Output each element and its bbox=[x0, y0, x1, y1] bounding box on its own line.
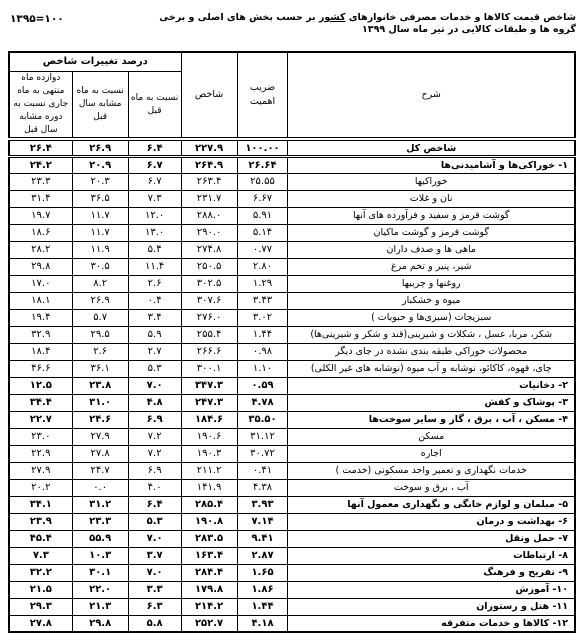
twelve-month-cell: ۱۸.۴ bbox=[9, 343, 72, 360]
yoy-change-cell: ۲۲.۰ bbox=[72, 581, 128, 598]
weight-cell: ۰.۷۷ bbox=[237, 241, 288, 258]
weight-cell: ۵.۹۱ bbox=[237, 207, 288, 224]
description-cell: شاخص کل bbox=[288, 139, 575, 156]
weight-cell: ۳.۴۳ bbox=[237, 292, 288, 309]
mom-change-cell: ۶.۷ bbox=[128, 173, 181, 190]
mom-change-cell: ۳.۳ bbox=[128, 581, 181, 598]
weight-cell: ۱.۶۵ bbox=[237, 564, 288, 581]
table-row: محصولات خوراکی طبقه بندی نشده در جای دیگ… bbox=[9, 343, 575, 360]
weight-cell: ۴.۳۸ bbox=[237, 479, 288, 496]
twelve-month-cell: ۲۴.۲ bbox=[9, 156, 72, 173]
header-row-top: شرح ضریب اهمیت شاخص درصد تغییرات شاخص bbox=[9, 52, 575, 72]
description-cell: ماهی ها و صدف داران bbox=[288, 241, 575, 258]
weight-cell: ۱۰۰.۰۰ bbox=[237, 139, 288, 156]
weight-cell: ۱.۴۴ bbox=[237, 326, 288, 343]
table-row: خوراکیها۲۵.۵۵۲۶۳.۴۶.۷۲۰.۳۲۳.۳ bbox=[9, 173, 575, 190]
index-cell: ۲۱۴.۲ bbox=[181, 598, 237, 615]
index-cell: ۲۱۱.۲ bbox=[181, 462, 237, 479]
twelve-month-cell: ۳۲.۹ bbox=[9, 326, 72, 343]
description-cell: مسکن bbox=[288, 428, 575, 445]
table-row: ۴- مسکن ، آب ، برق ، گاز و سایر سوخت‌ها۳… bbox=[9, 411, 575, 428]
weight-cell: ۲۵.۵۵ bbox=[237, 173, 288, 190]
twelve-month-cell: ۳۲.۲ bbox=[9, 564, 72, 581]
price-index-table: شرح ضریب اهمیت شاخص درصد تغییرات شاخص نس… bbox=[8, 51, 576, 634]
yoy-change-cell: ۲۳.۸ bbox=[72, 377, 128, 394]
mom-change-cell: ۲.۶ bbox=[128, 275, 181, 292]
twelve-month-cell: ۴۵.۴ bbox=[9, 530, 72, 547]
yoy-change-cell: ۲۹.۸ bbox=[72, 615, 128, 632]
yoy-change-cell: ۲۷.۹ bbox=[72, 428, 128, 445]
index-cell: ۲۸۴.۴ bbox=[181, 564, 237, 581]
yoy-change-cell: ۵.۷ bbox=[72, 309, 128, 326]
index-cell: ۲۵۵.۴ bbox=[181, 326, 237, 343]
yoy-change-cell: ۲۶.۹ bbox=[72, 139, 128, 156]
weight-cell: ۲۶.۶۴ bbox=[237, 156, 288, 173]
table-row: ۸- ارتباطات۲.۸۷۱۶۳.۴۳.۷۱۰.۳۷.۳ bbox=[9, 547, 575, 564]
mom-change-cell: ۶.۴ bbox=[128, 496, 181, 513]
index-cell: ۲۴۷.۳ bbox=[181, 394, 237, 411]
index-cell: ۲۶۴.۹ bbox=[181, 156, 237, 173]
weight-cell: ۰.۹۸ bbox=[237, 343, 288, 360]
twelve-month-cell: ۲۹.۳ bbox=[9, 598, 72, 615]
weight-cell: ۲.۸۷ bbox=[237, 547, 288, 564]
description-cell: ۲- دخانیات bbox=[288, 377, 575, 394]
twelve-month-cell: ۷.۳ bbox=[9, 547, 72, 564]
mom-change-cell: ۶.۹ bbox=[128, 411, 181, 428]
table-row: ۱۰- آموزش۱.۸۶۱۷۹.۸۳.۳۲۲.۰۲۱.۵ bbox=[9, 581, 575, 598]
weight-cell: ۱.۱۰ bbox=[237, 360, 288, 377]
twelve-month-cell: ۱۹.۷ bbox=[9, 207, 72, 224]
twelve-month-cell: ۱۸.۱ bbox=[9, 292, 72, 309]
weight-cell: ۳.۹۳ bbox=[237, 496, 288, 513]
yoy-change-cell: ۱۱.۷ bbox=[72, 207, 128, 224]
twelve-month-cell: ۳۱.۴ bbox=[9, 190, 72, 207]
description-cell: نان و غلات bbox=[288, 190, 575, 207]
weight-cell: ۴.۷۸ bbox=[237, 394, 288, 411]
header-year-over-year: نسبت به ماه مشابه سال قبل bbox=[72, 72, 128, 140]
description-cell: ۸- ارتباطات bbox=[288, 547, 575, 564]
twelve-month-cell: ۲۹.۸ bbox=[9, 258, 72, 275]
description-cell: ۹- تفریح و فرهنگ bbox=[288, 564, 575, 581]
yoy-change-cell: ۲۳.۳ bbox=[72, 513, 128, 530]
index-cell: ۲۵۲.۷ bbox=[181, 615, 237, 632]
table-row: شیر، پنیر و تخم مرغ۲.۸۰۲۵۰.۵۱۱.۴۳۰.۵۲۹.۸ bbox=[9, 258, 575, 275]
index-cell: ۲۷۴.۸ bbox=[181, 241, 237, 258]
table-row: ۶- بهداشت و درمان۷.۱۴۱۹۰.۸۵.۳۲۳.۳۲۳.۹ bbox=[9, 513, 575, 530]
description-cell: شیر، پنیر و تخم مرغ bbox=[288, 258, 575, 275]
index-cell: ۲۵۰.۵ bbox=[181, 258, 237, 275]
yoy-change-cell: ۰.۰ bbox=[72, 479, 128, 496]
index-cell: ۱۷۹.۸ bbox=[181, 581, 237, 598]
twelve-month-cell: ۲۰.۲ bbox=[9, 479, 72, 496]
table-row: سبزیجات (سبزی‌ها و حبوبات )۳.۰۲۲۷۶.۰۳.۴۵… bbox=[9, 309, 575, 326]
twelve-month-cell: ۲۸.۲ bbox=[9, 241, 72, 258]
yoy-change-cell: ۲۰.۳ bbox=[72, 173, 128, 190]
table-row: ۹- تفریح و فرهنگ۱.۶۵۲۸۴.۴۷.۰۳۰.۱۳۲.۲ bbox=[9, 564, 575, 581]
weight-cell: ۷.۱۴ bbox=[237, 513, 288, 530]
page-title: شاخص قیمت کالاها و خدمات مصرفی خانوارهای… bbox=[146, 12, 576, 37]
yoy-change-cell: ۲۴.۶ bbox=[72, 411, 128, 428]
mom-change-cell: ۵.۸ bbox=[128, 615, 181, 632]
table-header: شرح ضریب اهمیت شاخص درصد تغییرات شاخص نس… bbox=[9, 52, 575, 140]
index-cell: ۱۶۳.۴ bbox=[181, 547, 237, 564]
twelve-month-cell: ۲۳.۰ bbox=[9, 428, 72, 445]
yoy-change-cell: ۱۱.۷ bbox=[72, 224, 128, 241]
table-row: ۱۲- کالاها و خدمات متفرقه۴.۱۸۲۵۲.۷۵.۸۲۹.… bbox=[9, 615, 575, 632]
index-cell: ۱۹۰.۳ bbox=[181, 445, 237, 462]
yoy-change-cell: ۳۶.۵ bbox=[72, 190, 128, 207]
mom-change-cell: ۷.۰ bbox=[128, 564, 181, 581]
twelve-month-cell: ۲۳.۹ bbox=[9, 513, 72, 530]
description-cell: ۱۱- هتل و رستوران bbox=[288, 598, 575, 615]
table-row: ۳- پوشاک و کفش۴.۷۸۲۴۷.۳۴.۸۳۱.۰۳۴.۴ bbox=[9, 394, 575, 411]
index-cell: ۱۹۰.۸ bbox=[181, 513, 237, 530]
table-row: ۱- خوراکی‌ها و آشامیدنی‌ها۲۶.۶۴۲۶۴.۹۶.۷۲… bbox=[9, 156, 575, 173]
description-cell: میوه و خشکبار bbox=[288, 292, 575, 309]
mom-change-cell: ۵.۳ bbox=[128, 360, 181, 377]
yoy-change-cell: ۳۶.۱ bbox=[72, 360, 128, 377]
mom-change-cell: ۳.۴ bbox=[128, 309, 181, 326]
weight-cell: ۰.۴۱ bbox=[237, 462, 288, 479]
table-row: نان و غلات۶.۶۷۲۳۱.۷۷.۳۳۶.۵۳۱.۴ bbox=[9, 190, 575, 207]
weight-cell: ۳۱.۱۲ bbox=[237, 428, 288, 445]
mom-change-cell: ۶.۹ bbox=[128, 462, 181, 479]
index-cell: ۱۸۴.۶ bbox=[181, 411, 237, 428]
description-cell: گوشت قرمز و گوشت ماکیان bbox=[288, 224, 575, 241]
mom-change-cell: ۷.۰ bbox=[128, 377, 181, 394]
header-index: شاخص bbox=[181, 52, 237, 140]
description-cell: خوراکیها bbox=[288, 173, 575, 190]
mom-change-cell: ۲.۷ bbox=[128, 343, 181, 360]
header-description: شرح bbox=[288, 52, 575, 140]
mom-change-cell: ۰.۴ bbox=[128, 292, 181, 309]
table-row: آب ، برق و سوخت۴.۳۸۱۴۱.۹۴.۰۰.۰۲۰.۲ bbox=[9, 479, 575, 496]
table-row: مسکن۳۱.۱۲۱۹۰.۶۷.۲۲۷.۹۲۳.۰ bbox=[9, 428, 575, 445]
yoy-change-cell: ۳۱.۰ bbox=[72, 394, 128, 411]
yoy-change-cell: ۱۰.۳ bbox=[72, 547, 128, 564]
description-cell: روغنها و چربیها bbox=[288, 275, 575, 292]
table-row: اجاره۳۰.۷۲۱۹۰.۳۷.۲۲۷.۸۲۲.۹ bbox=[9, 445, 575, 462]
twelve-month-cell: ۲۱.۵ bbox=[9, 581, 72, 598]
table-row: شکر، مربا، عسل ، شکلات و شیرینی(قند و شک… bbox=[9, 326, 575, 343]
description-cell: ۱- خوراکی‌ها و آشامیدنی‌ها bbox=[288, 156, 575, 173]
yoy-change-cell: ۸.۲ bbox=[72, 275, 128, 292]
page-title-underlined-word: کشور bbox=[319, 12, 346, 23]
table-row: ۵- مبلمان و لوازم خانگی و نگهداری معمول … bbox=[9, 496, 575, 513]
index-cell: ۳۰۷.۶ bbox=[181, 292, 237, 309]
base-year-note: ۱۳۹۵=۱۰۰ bbox=[10, 12, 64, 25]
twelve-month-cell: ۲۷.۹ bbox=[9, 462, 72, 479]
mom-change-cell: ۷.۰ bbox=[128, 530, 181, 547]
index-cell: ۲۸۳.۵ bbox=[181, 530, 237, 547]
table-row: گوشت قرمز و سفید و فرآورده های آنها۵.۹۱۲… bbox=[9, 207, 575, 224]
weight-cell: ۱.۸۶ bbox=[237, 581, 288, 598]
table-row: میوه و خشکبار۳.۴۳۳۰۷.۶۰.۴۲۶.۹۱۸.۱ bbox=[9, 292, 575, 309]
twelve-month-cell: ۱۸.۶ bbox=[9, 224, 72, 241]
mom-change-cell: ۷.۲ bbox=[128, 445, 181, 462]
mom-change-cell: ۷.۲ bbox=[128, 428, 181, 445]
twelve-month-cell: ۲۷.۸ bbox=[9, 615, 72, 632]
index-cell: ۲۶۶.۶ bbox=[181, 343, 237, 360]
weight-cell: ۶.۶۷ bbox=[237, 190, 288, 207]
header-month-over-month: نسبت به ماه قبل bbox=[128, 72, 181, 140]
index-cell: ۲۸۵.۴ bbox=[181, 496, 237, 513]
description-cell: شکر، مربا، عسل ، شکلات و شیرینی(قند و شک… bbox=[288, 326, 575, 343]
mom-change-cell: ۵.۴ bbox=[128, 241, 181, 258]
twelve-month-cell: ۲۳.۳ bbox=[9, 173, 72, 190]
header-twelve-month: دوازده ماه منتهی به ماه جاری نسبت به دور… bbox=[9, 72, 72, 140]
table-row: گوشت قرمز و گوشت ماکیان۵.۱۴۲۹۰.۰۱۳.۰۱۱.۷… bbox=[9, 224, 575, 241]
description-cell: اجاره bbox=[288, 445, 575, 462]
index-cell: ۳۰۲.۵ bbox=[181, 275, 237, 292]
weight-cell: ۲.۸۰ bbox=[237, 258, 288, 275]
weight-cell: ۱.۴۴ bbox=[237, 598, 288, 615]
yoy-change-cell: ۳۰.۱ bbox=[72, 564, 128, 581]
yoy-change-cell: ۲۱.۳ bbox=[72, 598, 128, 615]
description-cell: ۳- پوشاک و کفش bbox=[288, 394, 575, 411]
mom-change-cell: ۷.۳ bbox=[128, 190, 181, 207]
twelve-month-cell: ۳۴.۴ bbox=[9, 394, 72, 411]
yoy-change-cell: ۲.۶ bbox=[72, 343, 128, 360]
yoy-change-cell: ۱۱.۹ bbox=[72, 241, 128, 258]
yoy-change-cell: ۲۷.۸ bbox=[72, 445, 128, 462]
table-row: شاخص کل۱۰۰.۰۰۲۲۷.۹۶.۴۲۶.۹۲۶.۴ bbox=[9, 139, 575, 156]
index-cell: ۲۶۳.۴ bbox=[181, 173, 237, 190]
twelve-month-cell: ۱۲.۵ bbox=[9, 377, 72, 394]
yoy-change-cell: ۳۰.۵ bbox=[72, 258, 128, 275]
twelve-month-cell: ۲۶.۴ bbox=[9, 139, 72, 156]
table-row: ۱۱- هتل و رستوران۱.۴۴۲۱۴.۲۶.۳۲۱.۳۲۹.۳ bbox=[9, 598, 575, 615]
index-cell: ۲۳۱.۷ bbox=[181, 190, 237, 207]
mom-change-cell: ۶.۴ bbox=[128, 139, 181, 156]
mom-change-cell: ۴.۰ bbox=[128, 479, 181, 496]
twelve-month-cell: ۱۹.۴ bbox=[9, 309, 72, 326]
description-cell: چای، قهوه، کاکائو، نوشابه و آب میوه (نوش… bbox=[288, 360, 575, 377]
description-cell: ۶- بهداشت و درمان bbox=[288, 513, 575, 530]
description-cell: خدمات نگهداری و تعمیر واحد مسکونی (خدمت … bbox=[288, 462, 575, 479]
description-cell: محصولات خوراکی طبقه بندی نشده در جای دیگ… bbox=[288, 343, 575, 360]
header-percent-change-group: درصد تغییرات شاخص bbox=[9, 52, 181, 72]
index-cell: ۲۷۶.۰ bbox=[181, 309, 237, 326]
yoy-change-cell: ۲۶.۹ bbox=[72, 292, 128, 309]
description-cell: سبزیجات (سبزی‌ها و حبوبات ) bbox=[288, 309, 575, 326]
yoy-change-cell: ۲۴.۷ bbox=[72, 462, 128, 479]
mom-change-cell: ۴.۸ bbox=[128, 394, 181, 411]
page-title-prefix: شاخص قیمت کالاها و خدمات مصرفی خانوارهای bbox=[346, 12, 576, 23]
mom-change-cell: ۱۲.۰ bbox=[128, 207, 181, 224]
weight-cell: ۱.۲۹ bbox=[237, 275, 288, 292]
weight-cell: ۹.۴۱ bbox=[237, 530, 288, 547]
weight-cell: ۳۵.۵۰ bbox=[237, 411, 288, 428]
weight-cell: ۳.۰۲ bbox=[237, 309, 288, 326]
table-row: ۷- حمل ونقل۹.۴۱۲۸۳.۵۷.۰۵۵.۹۴۵.۴ bbox=[9, 530, 575, 547]
weight-cell: ۰.۵۹ bbox=[237, 377, 288, 394]
description-cell: ۱۲- کالاها و خدمات متفرقه bbox=[288, 615, 575, 632]
description-cell: ۴- مسکن ، آب ، برق ، گاز و سایر سوخت‌ها bbox=[288, 411, 575, 428]
index-cell: ۲۲۷.۹ bbox=[181, 139, 237, 156]
table-body: شاخص کل۱۰۰.۰۰۲۲۷.۹۶.۴۲۶.۹۲۶.۴۱- خوراکی‌ه… bbox=[9, 139, 575, 632]
description-cell: گوشت قرمز و سفید و فرآورده های آنها bbox=[288, 207, 575, 224]
description-cell: آب ، برق و سوخت bbox=[288, 479, 575, 496]
table-row: خدمات نگهداری و تعمیر واحد مسکونی (خدمت … bbox=[9, 462, 575, 479]
mom-change-cell: ۶.۷ bbox=[128, 156, 181, 173]
yoy-change-cell: ۲۰.۹ bbox=[72, 156, 128, 173]
index-cell: ۲۸۸.۰ bbox=[181, 207, 237, 224]
twelve-month-cell: ۱۷.۰ bbox=[9, 275, 72, 292]
mom-change-cell: ۱۳.۰ bbox=[128, 224, 181, 241]
twelve-month-cell: ۲۲.۷ bbox=[9, 411, 72, 428]
index-cell: ۳۰۰.۱ bbox=[181, 360, 237, 377]
weight-cell: ۴.۱۸ bbox=[237, 615, 288, 632]
twelve-month-cell: ۲۲.۹ bbox=[9, 445, 72, 462]
mom-change-cell: ۱۱.۴ bbox=[128, 258, 181, 275]
yoy-change-cell: ۵۵.۹ bbox=[72, 530, 128, 547]
header-weight: ضریب اهمیت bbox=[237, 52, 288, 140]
index-cell: ۱۴۱.۹ bbox=[181, 479, 237, 496]
twelve-month-cell: ۴۶.۶ bbox=[9, 360, 72, 377]
table-row: ۲- دخانیات۰.۵۹۳۴۷.۳۷.۰۲۳.۸۱۲.۵ bbox=[9, 377, 575, 394]
index-cell: ۲۹۰.۰ bbox=[181, 224, 237, 241]
twelve-month-cell: ۳۴.۱ bbox=[9, 496, 72, 513]
table-row: چای، قهوه، کاکائو، نوشابه و آب میوه (نوش… bbox=[9, 360, 575, 377]
description-cell: ۵- مبلمان و لوازم خانگی و نگهداری معمول … bbox=[288, 496, 575, 513]
table-row: ماهی ها و صدف داران۰.۷۷۲۷۴.۸۵.۴۱۱.۹۲۸.۲ bbox=[9, 241, 575, 258]
mom-change-cell: ۵.۳ bbox=[128, 513, 181, 530]
description-cell: ۱۰- آموزش bbox=[288, 581, 575, 598]
table-row: روغنها و چربیها۱.۲۹۳۰۲.۵۲.۶۸.۲۱۷.۰ bbox=[9, 275, 575, 292]
weight-cell: ۵.۱۴ bbox=[237, 224, 288, 241]
mom-change-cell: ۵.۹ bbox=[128, 326, 181, 343]
title-bar: شاخص قیمت کالاها و خدمات مصرفی خانوارهای… bbox=[0, 0, 582, 37]
mom-change-cell: ۳.۷ bbox=[128, 547, 181, 564]
index-cell: ۱۹۰.۶ bbox=[181, 428, 237, 445]
mom-change-cell: ۶.۳ bbox=[128, 598, 181, 615]
description-cell: ۷- حمل ونقل bbox=[288, 530, 575, 547]
yoy-change-cell: ۲۹.۵ bbox=[72, 326, 128, 343]
yoy-change-cell: ۳۱.۲ bbox=[72, 496, 128, 513]
index-cell: ۳۴۷.۳ bbox=[181, 377, 237, 394]
weight-cell: ۳۰.۷۲ bbox=[237, 445, 288, 462]
